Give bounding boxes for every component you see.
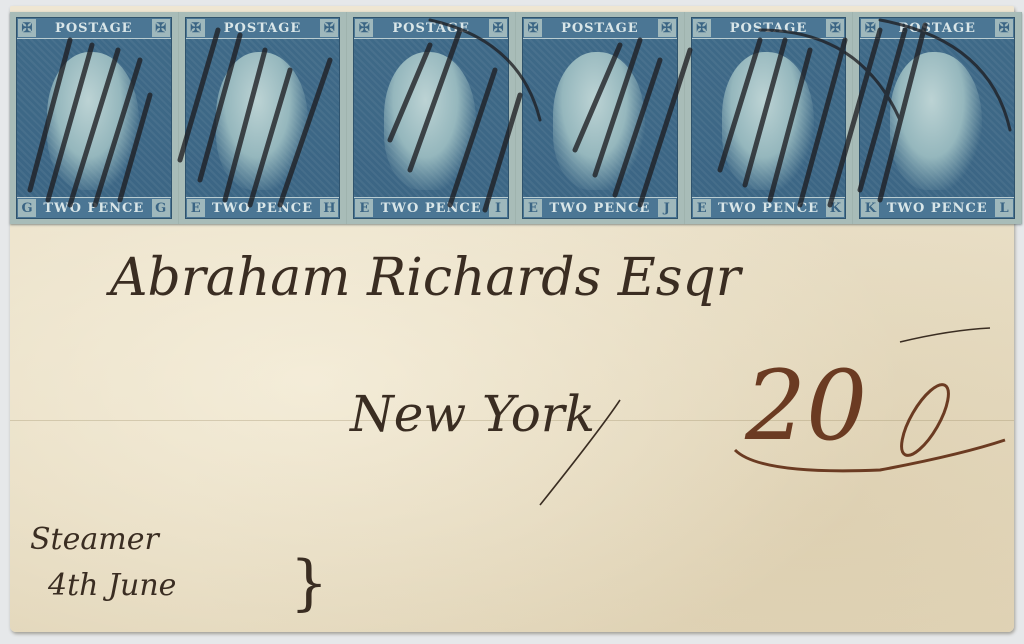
stamp-strip: POSTAGE ✠ ✠ TWO PENCE G G POSTAGE ✠ ✠ TW… bbox=[10, 12, 1022, 224]
queen-portrait bbox=[384, 52, 476, 190]
queen-portrait bbox=[47, 52, 139, 190]
star-icon: ✠ bbox=[658, 19, 676, 37]
stamp-design: POSTAGE ✠ ✠ TWO PENCE K L bbox=[859, 17, 1015, 219]
stamp-value-label: TWO PENCE bbox=[718, 201, 819, 216]
stamp-top-band: POSTAGE bbox=[523, 18, 677, 39]
stamp-bottom-band: TWO PENCE bbox=[354, 197, 508, 218]
stamp-top-label: POSTAGE bbox=[55, 21, 133, 36]
stamp: POSTAGE ✠ ✠ TWO PENCE K L bbox=[853, 12, 1021, 224]
check-letter-right: H bbox=[320, 199, 338, 217]
check-letter-right: L bbox=[995, 199, 1013, 217]
star-icon: ✠ bbox=[693, 19, 711, 37]
stamp: POSTAGE ✠ ✠ TWO PENCE E J bbox=[516, 12, 684, 224]
check-letter-right: G bbox=[152, 199, 170, 217]
star-icon: ✠ bbox=[861, 19, 879, 37]
stamp-value-label: TWO PENCE bbox=[43, 201, 144, 216]
stamp: POSTAGE ✠ ✠ TWO PENCE E I bbox=[347, 12, 515, 224]
stamp-top-band: POSTAGE bbox=[692, 18, 846, 39]
stamp-design: POSTAGE ✠ ✠ TWO PENCE E H bbox=[185, 17, 341, 219]
star-icon: ✠ bbox=[355, 19, 373, 37]
stamp-top-band: POSTAGE bbox=[186, 18, 340, 39]
queen-portrait bbox=[890, 52, 982, 190]
queen-portrait bbox=[722, 52, 814, 190]
stamp-value-label: TWO PENCE bbox=[549, 201, 650, 216]
check-letter-left: E bbox=[524, 199, 542, 217]
addressee-name: Abraham Richards Esqr bbox=[110, 248, 741, 308]
stamp-design: POSTAGE ✠ ✠ TWO PENCE E I bbox=[353, 17, 509, 219]
stamp-top-label: POSTAGE bbox=[224, 21, 302, 36]
check-letter-right: I bbox=[489, 199, 507, 217]
stamp-value-label: TWO PENCE bbox=[887, 201, 988, 216]
star-icon: ✠ bbox=[152, 19, 170, 37]
stamp-bottom-band: TWO PENCE bbox=[692, 197, 846, 218]
stamp-top-label: POSTAGE bbox=[730, 21, 808, 36]
check-letter-right: K bbox=[826, 199, 844, 217]
stamp: POSTAGE ✠ ✠ TWO PENCE G G bbox=[10, 12, 178, 224]
star-icon: ✠ bbox=[524, 19, 542, 37]
star-icon: ✠ bbox=[489, 19, 507, 37]
routing-note-line2: 4th June bbox=[48, 568, 176, 603]
stamp-bottom-band: TWO PENCE bbox=[186, 197, 340, 218]
check-letter-right: J bbox=[658, 199, 676, 217]
stamp-design: POSTAGE ✠ ✠ TWO PENCE E J bbox=[522, 17, 678, 219]
routing-note-line1: Steamer bbox=[30, 522, 159, 557]
queen-portrait bbox=[216, 52, 308, 190]
stamp: POSTAGE ✠ ✠ TWO PENCE E H bbox=[179, 12, 347, 224]
stamp-top-label: POSTAGE bbox=[392, 21, 470, 36]
star-icon: ✠ bbox=[826, 19, 844, 37]
check-letter-left: E bbox=[693, 199, 711, 217]
star-icon: ✠ bbox=[320, 19, 338, 37]
stamp-top-label: POSTAGE bbox=[898, 21, 976, 36]
stamp-design: POSTAGE ✠ ✠ TWO PENCE G G bbox=[16, 17, 172, 219]
rate-marking: 20 bbox=[745, 350, 867, 462]
stamp: POSTAGE ✠ ✠ TWO PENCE E K bbox=[685, 12, 853, 224]
stamp-design: POSTAGE ✠ ✠ TWO PENCE E K bbox=[691, 17, 847, 219]
stamp-bottom-band: TWO PENCE bbox=[860, 197, 1014, 218]
stamp-bottom-band: TWO PENCE bbox=[523, 197, 677, 218]
star-icon: ✠ bbox=[187, 19, 205, 37]
check-letter-left: K bbox=[861, 199, 879, 217]
stamp-value-label: TWO PENCE bbox=[212, 201, 313, 216]
check-letter-left: E bbox=[355, 199, 373, 217]
check-letter-left: E bbox=[187, 199, 205, 217]
queen-portrait bbox=[553, 52, 645, 190]
stamp-bottom-band: TWO PENCE bbox=[17, 197, 171, 218]
stamp-top-band: POSTAGE bbox=[860, 18, 1014, 39]
star-icon: ✠ bbox=[18, 19, 36, 37]
stamp-top-band: POSTAGE bbox=[17, 18, 171, 39]
star-icon: ✠ bbox=[995, 19, 1013, 37]
stamp-top-label: POSTAGE bbox=[561, 21, 639, 36]
stamp-top-band: POSTAGE bbox=[354, 18, 508, 39]
stamp-value-label: TWO PENCE bbox=[381, 201, 482, 216]
check-letter-left: G bbox=[18, 199, 36, 217]
address-city: New York bbox=[350, 385, 595, 443]
brace-mark: } bbox=[290, 548, 328, 618]
